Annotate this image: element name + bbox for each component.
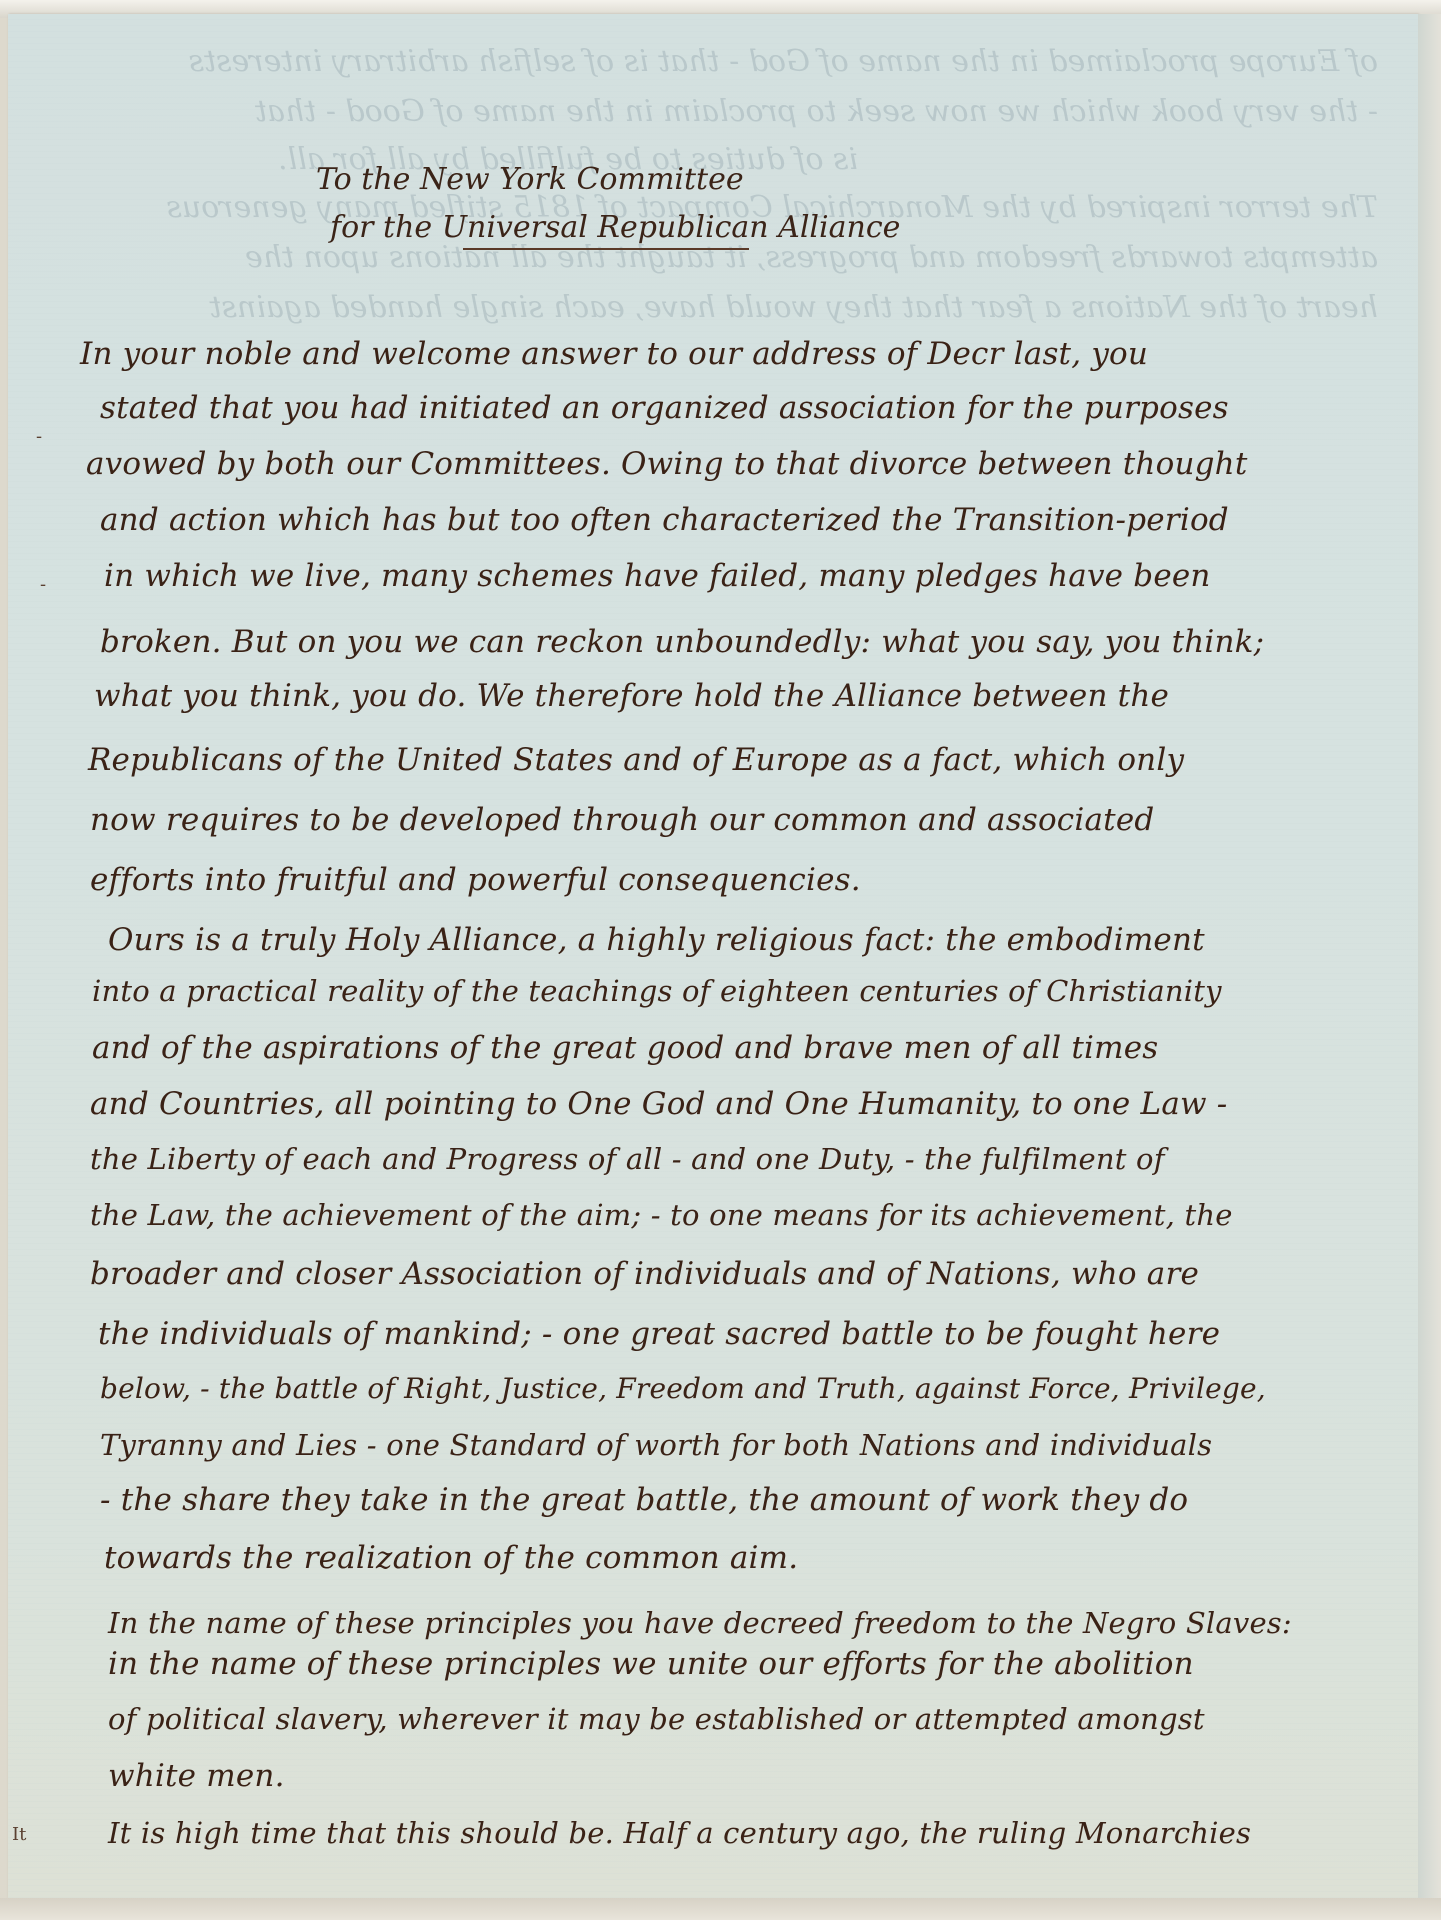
letter-line: in which we live, many schemes have fail… [104, 558, 1211, 594]
letter-line: Tyranny and Lies - one Standard of worth… [100, 1428, 1212, 1462]
letter-line: Republicans of the United States and of … [88, 742, 1184, 778]
letter-line: and action which has but too often chara… [100, 502, 1229, 538]
letter-line: It is high time that this should be. Hal… [108, 1816, 1251, 1850]
letter-line: avowed by both our Committees. Owing to … [86, 446, 1248, 482]
letter-line: broader and closer Association of indivi… [90, 1256, 1199, 1292]
letter-line: broken. But on you we can reckon unbound… [100, 624, 1264, 660]
margin-mark: It [12, 1824, 26, 1845]
letter-line: and of the aspirations of the great good… [92, 1030, 1158, 1066]
letter-line: white men. [108, 1758, 285, 1794]
margin-mark: - [36, 426, 42, 447]
letter-line: into a practical reality of the teaching… [92, 974, 1222, 1008]
letter-line: in the name of these principles we unite… [108, 1646, 1194, 1682]
bleed-line: heart of the Nations a fear that they wo… [209, 290, 1378, 325]
margin-mark: - [40, 574, 46, 595]
letter-line: Ours is a truly Holy Alliance, a highly … [108, 922, 1205, 958]
heading-line-1: To the New York Committee [316, 162, 744, 197]
letter-line: now requires to be developed through our… [90, 802, 1154, 838]
letter-line: stated that you had initiated an organiz… [100, 390, 1229, 426]
letter-line: of political slavery, wherever it may be… [108, 1702, 1205, 1736]
letter-line: what you think, you do. We therefore hol… [94, 678, 1169, 714]
paper-bottom-edge [0, 1898, 1441, 1920]
letter-line: the Liberty of each and Progress of all … [90, 1142, 1165, 1176]
heading-underline [463, 248, 749, 250]
letter-line: below, - the battle of Right, Justice, F… [100, 1372, 1266, 1405]
letter-line: In your noble and welcome answer to our … [80, 336, 1148, 372]
letter-line: In the name of these principles you have… [108, 1606, 1292, 1640]
letter-line: efforts into fruitful and powerful conse… [90, 862, 861, 898]
bleed-line: attempts towards freedom and progress, i… [245, 240, 1378, 275]
letter-line: towards the realization of the common ai… [104, 1540, 798, 1576]
document-scan: of Europe proclaimed in the name of God … [0, 0, 1441, 1920]
bleed-line: - the very book which we now seek to pro… [255, 94, 1378, 129]
paper-right-edge [1418, 14, 1441, 1898]
bleed-line: of Europe proclaimed in the name of God … [189, 44, 1378, 79]
letter-line: and Countries, all pointing to One God a… [90, 1086, 1227, 1122]
letter-sheet: of Europe proclaimed in the name of God … [8, 14, 1418, 1898]
heading-line-2: for the Universal Republican Alliance [330, 210, 900, 245]
letter-line: the Law, the achievement of the aim; - t… [90, 1198, 1233, 1232]
letter-line: the individuals of mankind; - one great … [98, 1316, 1220, 1352]
letter-line: - the share they take in the great battl… [100, 1482, 1188, 1518]
